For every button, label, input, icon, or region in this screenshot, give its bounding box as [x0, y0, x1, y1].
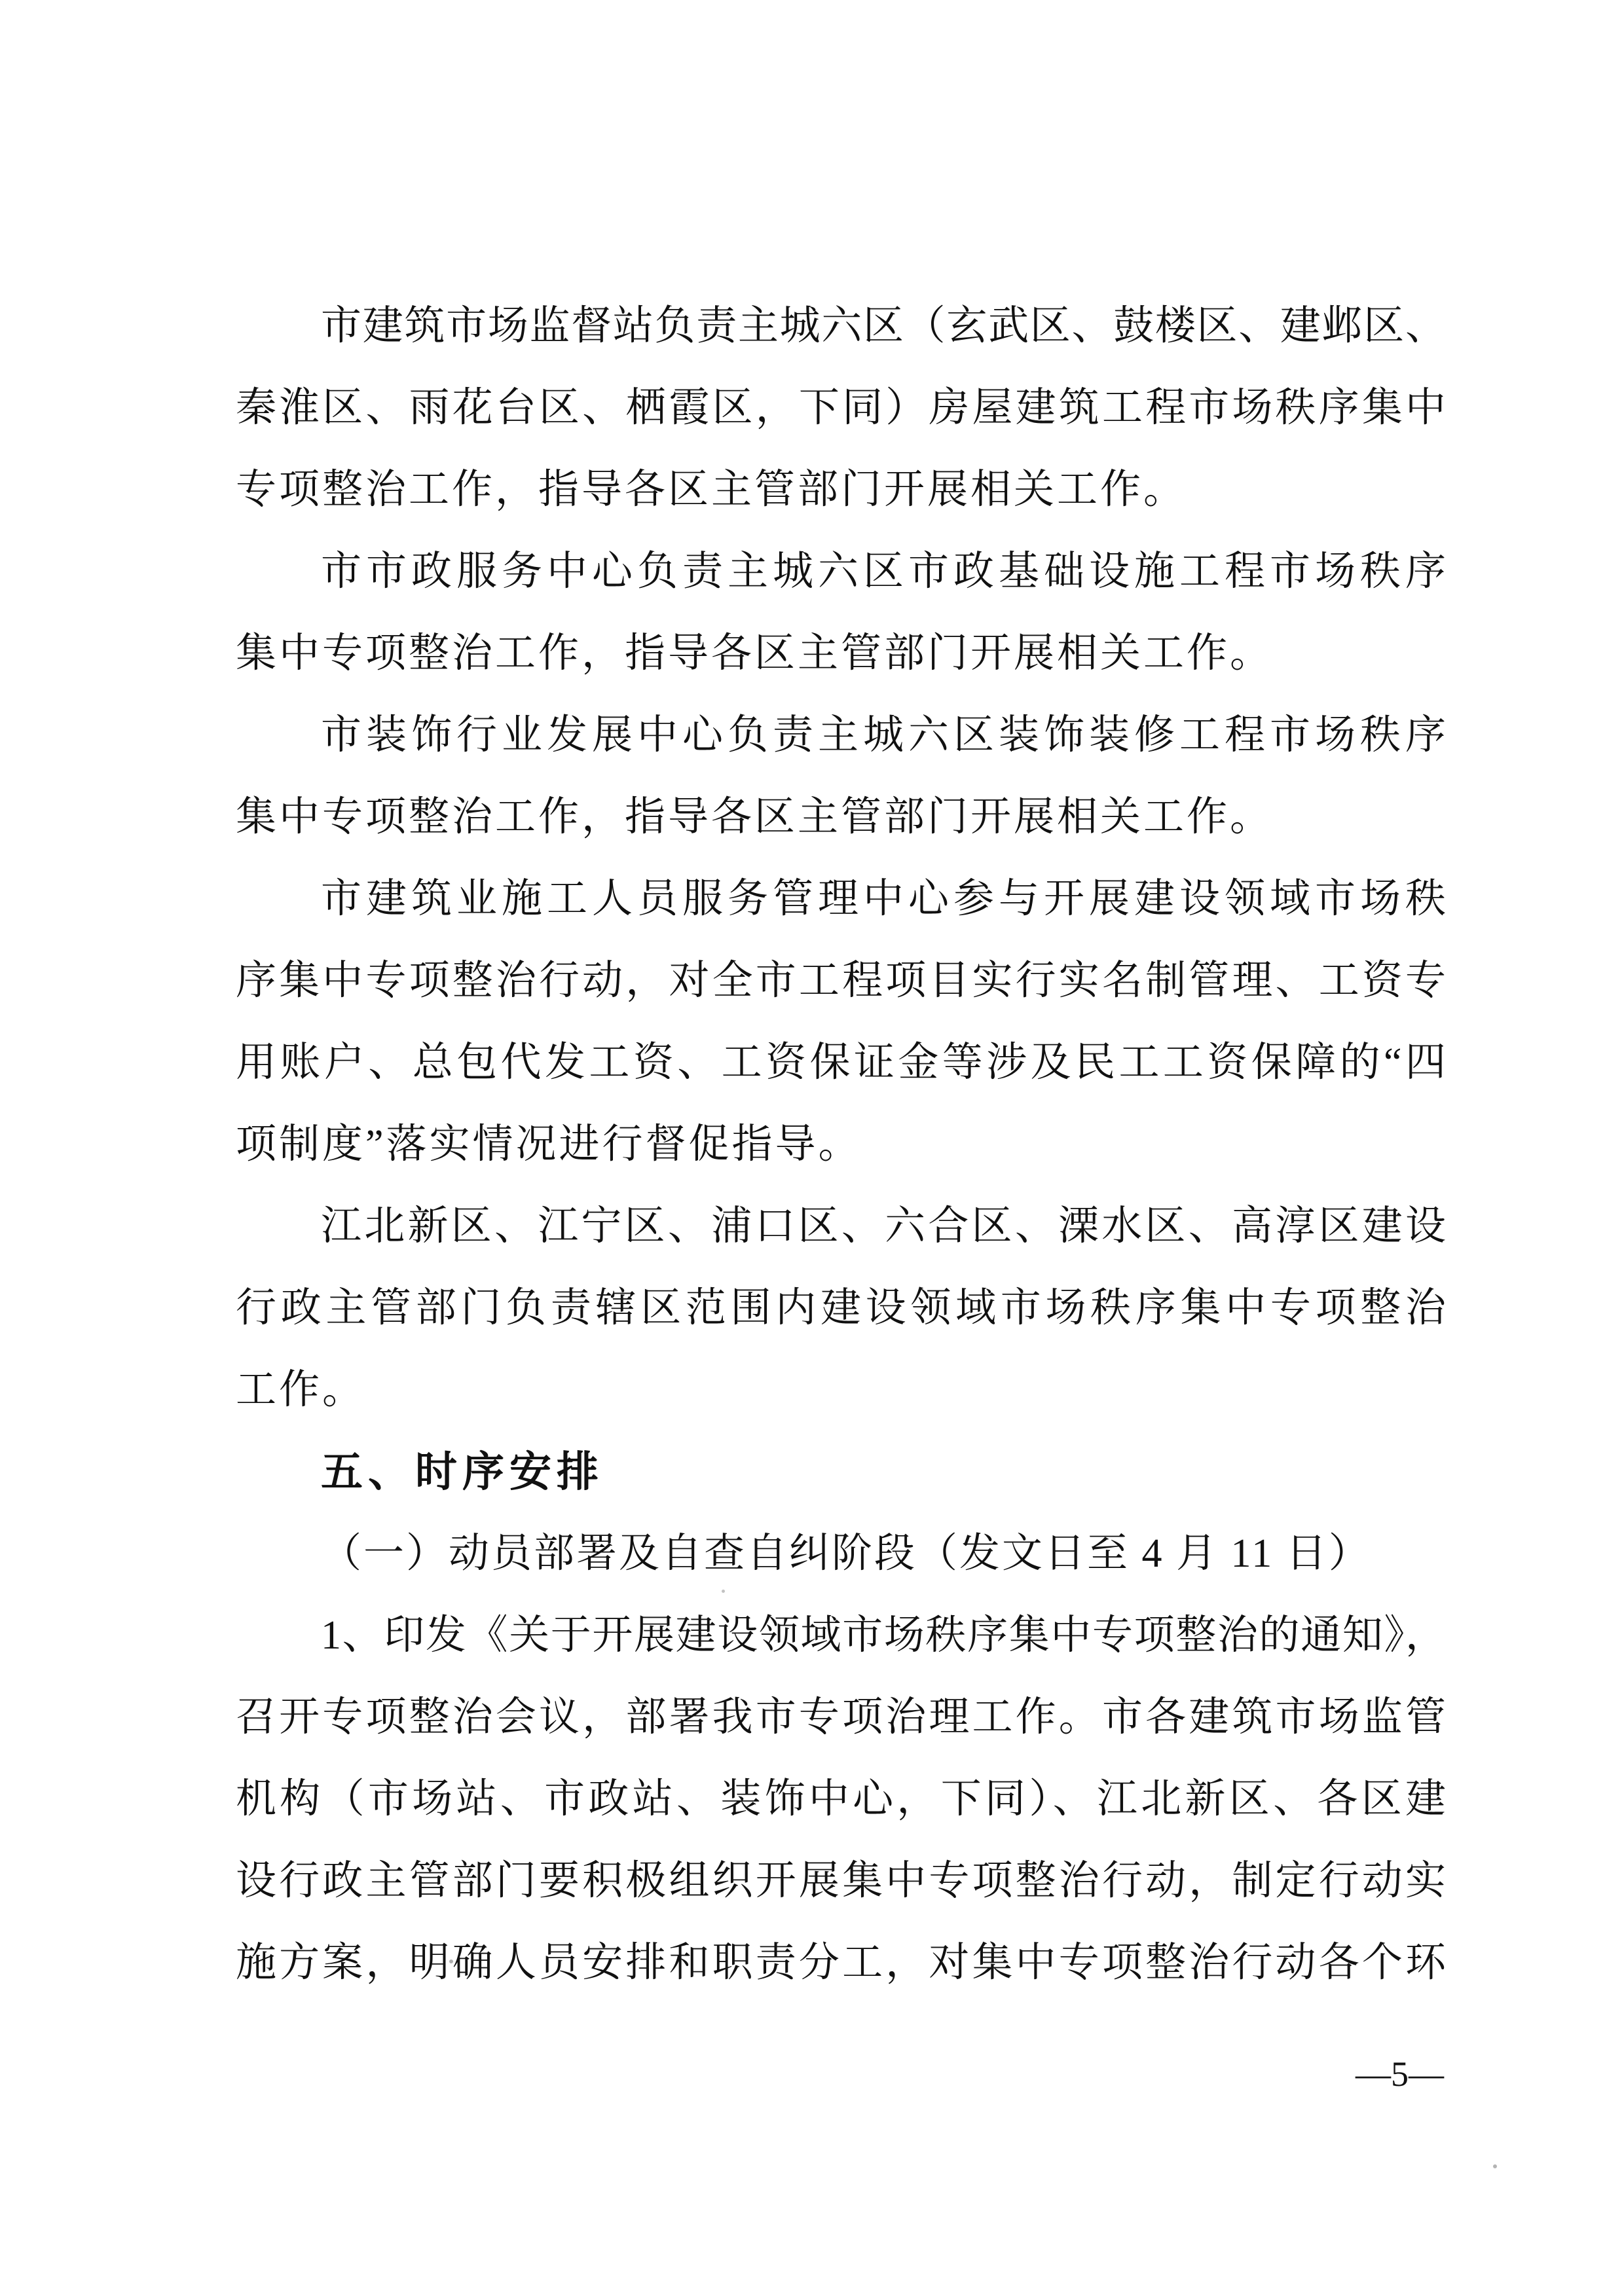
text-line: 专项整治工作，指导各区主管部门开展相关工作。 [236, 449, 1446, 531]
text-line: 市建筑业施工人员服务管理中心参与开展建设领域市场秩 [236, 858, 1446, 940]
scan-speck [449, 1959, 453, 1963]
section-heading: 五、时序安排 [236, 1431, 1446, 1513]
text-line: 用账户、总包代发工资、工资保证金等涉及民工工资保障的“四 [236, 1022, 1446, 1104]
text-line: 市市政服务中心负责主城六区市政基础设施工程市场秩序 [236, 531, 1446, 613]
text-line: 江北新区、江宁区、浦口区、六合区、溧水区、高淳区建设 [236, 1186, 1446, 1267]
text-line: 工作。 [236, 1349, 1446, 1431]
text-line: 行政主管部门负责辖区范围内建设领域市场秩序集中专项整治 [236, 1267, 1446, 1349]
text-line: 集中专项整治工作，指导各区主管部门开展相关工作。 [236, 776, 1446, 858]
text-line: 市装饰行业发展中心负责主城六区装饰装修工程市场秩序 [236, 695, 1446, 776]
document-body: 市建筑市场监督站负责主城六区（玄武区、鼓楼区、建邺区、 秦淮区、雨花台区、栖霞区… [236, 285, 1446, 2004]
text-line: 项制度”落实情况进行督促指导。 [236, 1104, 1446, 1186]
text-line: 施方案，明确人员安排和职责分工，对集中专项整治行动各个环 [236, 1922, 1446, 2004]
text-line: 召开专项整治会议，部署我市专项治理工作。市各建筑市场监管 [236, 1677, 1446, 1758]
text-line: 秦淮区、雨花台区、栖霞区，下同）房屋建筑工程市场秩序集中 [236, 367, 1446, 449]
scan-speck [722, 1590, 725, 1593]
text-line: 市建筑市场监督站负责主城六区（玄武区、鼓楼区、建邺区、 [236, 285, 1446, 367]
text-line: 1、印发《关于开展建设领域市场秩序集中专项整治的通知》， [236, 1595, 1446, 1677]
text-line: 序集中专项整治行动，对全市工程项目实行实名制管理、工资专 [236, 940, 1446, 1022]
text-line: 设行政主管部门要积极组织开展集中专项整治行动，制定行动实 [236, 1840, 1446, 1922]
text-line: 集中专项整治工作，指导各区主管部门开展相关工作。 [236, 613, 1446, 695]
scan-speck [1493, 2164, 1497, 2168]
text-line: 机构（市场站、市政站、装饰中心，下同）、江北新区、各区建 [236, 1758, 1446, 1840]
page-number: —5— [1356, 2054, 1444, 2094]
document-page: 市建筑市场监督站负责主城六区（玄武区、鼓楼区、建邺区、 秦淮区、雨花台区、栖霞区… [0, 0, 1624, 2296]
stage-subheading: （一）动员部署及自查自纠阶段（发文日至 4 月 11 日） [236, 1513, 1446, 1595]
